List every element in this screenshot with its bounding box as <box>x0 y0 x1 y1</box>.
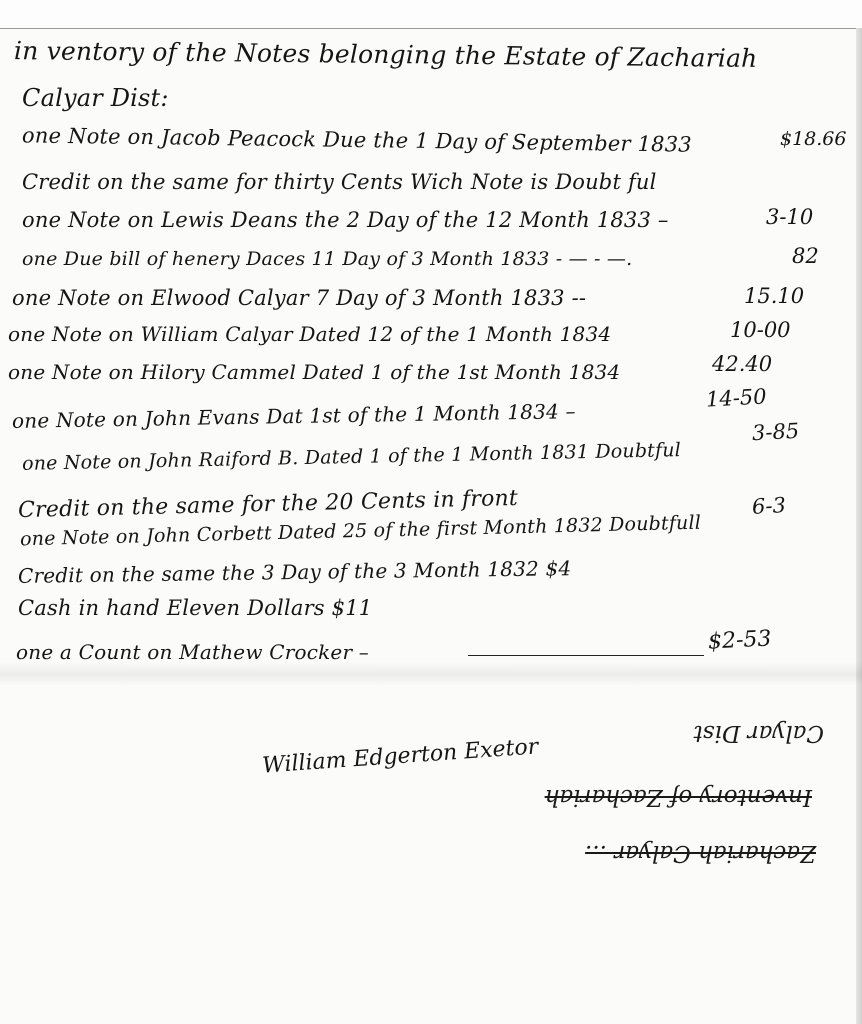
entry-amount: 10-00 <box>730 318 791 342</box>
entry-text: Cash in hand Eleven Dollars $11 <box>18 596 372 620</box>
inverted-docket-line: Inventory of Zachariah <box>452 784 812 810</box>
entry-amount: 14-50 <box>705 384 767 411</box>
entry-text: one Note on John Raiford B. Dated 1 of t… <box>22 439 681 475</box>
leader-line <box>468 655 704 656</box>
entry-amount: $2-53 <box>707 626 772 654</box>
page-top-edge <box>0 0 862 29</box>
entry-text: one Note on Jacob Peacock Due the 1 Day … <box>22 123 692 156</box>
heading-line-1: in ventory of the Notes belonging the Es… <box>14 36 758 73</box>
entry-amount: $18.66 <box>780 128 846 150</box>
entry-text: one Note on William Calyar Dated 12 of t… <box>8 322 611 346</box>
inverted-docket-line: Calyar Dist <box>464 720 824 746</box>
inverted-docket-line: Zachariah Calyar ... <box>456 840 816 866</box>
entry-text: one Note on Elwood Calyar 7 Day of 3 Mon… <box>12 286 586 310</box>
entry-amount: 15.10 <box>744 284 804 308</box>
entry-amount: 3-10 <box>766 205 813 229</box>
entry-amount: 3-85 <box>751 419 799 445</box>
entry-text: one Note on Lewis Deans the 2 Day of the… <box>22 208 669 232</box>
entry-text: Credit on the same the 3 Day of the 3 Mo… <box>18 556 572 588</box>
entry-text: one Due bill of henery Daces 11 Day of 3… <box>22 248 632 270</box>
document-page: in ventory of the Notes belonging the Es… <box>0 0 862 1024</box>
paper-fold <box>0 662 862 686</box>
entry-text: one Note on Hilory Cammel Dated 1 of the… <box>8 360 620 384</box>
entry-amount: 42.40 <box>712 352 772 376</box>
entry-amount: 82 <box>792 244 819 268</box>
page-right-edge <box>856 28 862 1024</box>
entry-amount: 6-3 <box>751 493 786 519</box>
entry-text: one a Count on Mathew Crocker – <box>16 640 369 664</box>
entry-text: Credit on the same for thirty Cents Wich… <box>22 170 657 194</box>
entry-text: one Note on John Evans Dat 1st of the 1 … <box>12 399 576 433</box>
heading-line-2: Calyar Dist: <box>22 84 169 112</box>
